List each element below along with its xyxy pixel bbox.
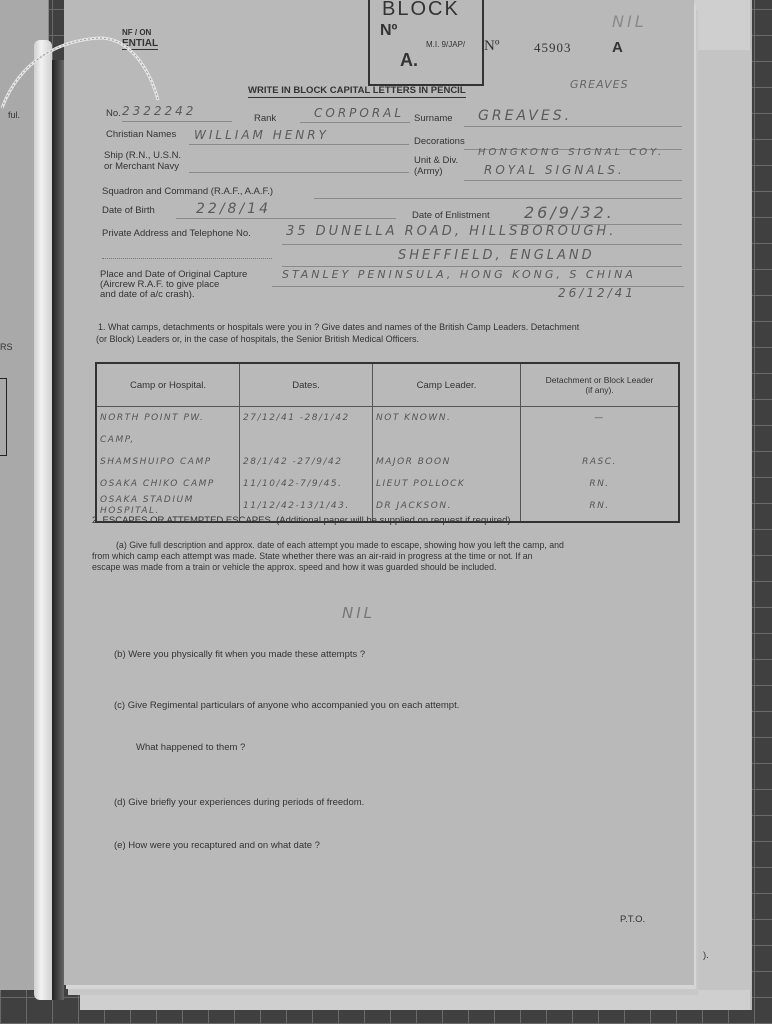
left-page-box	[0, 378, 7, 456]
ship-label: Ship (R.N., U.S.N.or Merchant Navy	[104, 150, 181, 172]
leader-cell: MAJOR BOON	[373, 451, 521, 473]
section1-question-line1: 1. What camps, detachments or hospitals …	[98, 322, 579, 332]
column-header: Dates.	[240, 363, 373, 407]
surname-annotation: GREAVES	[570, 78, 629, 91]
section2-a-line3: escape was made from a train or vehicle …	[92, 562, 496, 572]
document-page: NF / ON ENTIAL BLOCK Nº M.I. 9/JAP/ A. N…	[64, 0, 694, 985]
back-sheets-edge: ).	[690, 50, 751, 990]
column-header: Camp or Hospital.	[96, 363, 240, 407]
binder-spine	[34, 40, 52, 1000]
block-leader-cell: RASC.	[521, 451, 680, 473]
serial-number: 45903	[534, 40, 572, 56]
address-value-line2: SHEFFIELD, ENGLAND	[398, 248, 595, 263]
leader-cell: NOT KNOWN.	[373, 407, 521, 452]
rank-label: Rank	[254, 113, 276, 124]
tag-string	[0, 0, 180, 130]
leader-cell: LIEUT POLLOCK	[373, 473, 521, 495]
squadron-label: Squadron and Command (R.A.F., A.A.F.)	[102, 186, 273, 197]
column-header: Camp Leader.	[373, 363, 521, 407]
section2-d: (d) Give briefly your experiences during…	[114, 797, 364, 808]
stamp-block-text: BLOCK	[382, 0, 460, 21]
serial-suffix: A	[612, 39, 623, 56]
camp-cell: OSAKA CHIKO CAMP	[96, 473, 240, 495]
dates-cell: 11/10/42-7/9/45.	[240, 473, 373, 495]
surname-label: Surname	[414, 113, 453, 124]
back-page-fragment: ).	[703, 950, 709, 961]
section2-e: (e) How were you recaptured and on what …	[114, 840, 320, 851]
enlistment-value: 26/9/32.	[524, 203, 615, 222]
section2-heading: 2. ESCAPES OR ATTEMPTED ESCAPES. (Additi…	[92, 515, 513, 526]
capture-label: Place and Date of Original Capture(Aircr…	[100, 270, 247, 300]
table-row: NORTH POINT PW. CAMP, 27/12/41 -28/1/42 …	[96, 407, 679, 452]
camps-table: Camp or Hospital. Dates. Camp Leader. De…	[95, 362, 680, 523]
block-leader-cell: —	[521, 407, 680, 452]
dates-cell: 28/1/42 -27/9/42	[240, 451, 373, 473]
unit-value-line1: HONGKONG SIGNAL COY.	[478, 147, 664, 158]
block-leader-cell: RN.	[521, 473, 680, 495]
address-value-line1: 35 DUNELLA ROAD, HILLSBOROUGH.	[286, 224, 616, 239]
instruction-heading: WRITE IN BLOCK CAPITAL LETTERS IN PENCIL	[248, 85, 466, 98]
section1-question-line2: (or Block) Leaders or, in the case of ho…	[96, 334, 419, 344]
section2-b: (b) Were you physically fit when you mad…	[114, 649, 365, 660]
surname-value: GREAVES.	[478, 108, 572, 124]
spine-shadow	[52, 60, 64, 1000]
stamp-block-letter: A.	[400, 50, 418, 71]
stamp-number-sign: Nº	[380, 22, 397, 40]
form-reference: M.I. 9/JAP/	[426, 40, 465, 49]
dob-value: 22/8/14	[196, 201, 271, 217]
dob-label: Date of Birth	[102, 205, 155, 216]
capture-value-line2: 26/12/41	[558, 286, 636, 300]
nil-annotation: NIL	[612, 12, 647, 31]
serial-prefix: Nº	[484, 38, 499, 55]
camp-cell: NORTH POINT PW. CAMP,	[96, 407, 240, 452]
section2-a-line1: (a) Give full description and approx. da…	[116, 540, 564, 550]
block-stamp: BLOCK Nº M.I. 9/JAP/ A.	[368, 0, 484, 86]
decorations-label: Decorations	[414, 136, 465, 147]
rank-value: CORPORAL	[314, 106, 404, 120]
pto-label: P.T.O.	[620, 914, 645, 925]
address-label: Private Address and Telephone No.	[102, 228, 251, 239]
enlistment-label: Date of Enlistment	[412, 210, 490, 221]
table-row: SHAMSHUIPO CAMP 28/1/42 -27/9/42 MAJOR B…	[96, 451, 679, 473]
christian-names-label: Christian Names	[106, 129, 176, 140]
left-page-fragment: RS	[0, 342, 13, 352]
unit-value-line2: ROYAL SIGNALS.	[484, 163, 625, 177]
section2-c-follow: What happened to them ?	[136, 742, 245, 753]
capture-value-line1: STANLEY PENINSULA, HONG KONG, S CHINA	[282, 268, 636, 281]
block-leader-cell: RN.	[521, 495, 680, 522]
column-header: Detachment or Block Leader (if any).	[521, 363, 680, 407]
christian-names-value: WILLIAM HENRY	[194, 128, 329, 142]
table-row: OSAKA CHIKO CAMP 11/10/42-7/9/45. LIEUT …	[96, 473, 679, 495]
section2-c: (c) Give Regimental particulars of anyon…	[114, 700, 459, 711]
section2-a-line2: from which camp each attempt was made. S…	[92, 551, 533, 561]
section2-a-answer: NIL	[342, 604, 375, 622]
unit-label: Unit & Div.(Army)	[414, 155, 458, 177]
camp-cell: SHAMSHUIPO CAMP	[96, 451, 240, 473]
dates-cell: 27/12/41 -28/1/42	[240, 407, 373, 452]
